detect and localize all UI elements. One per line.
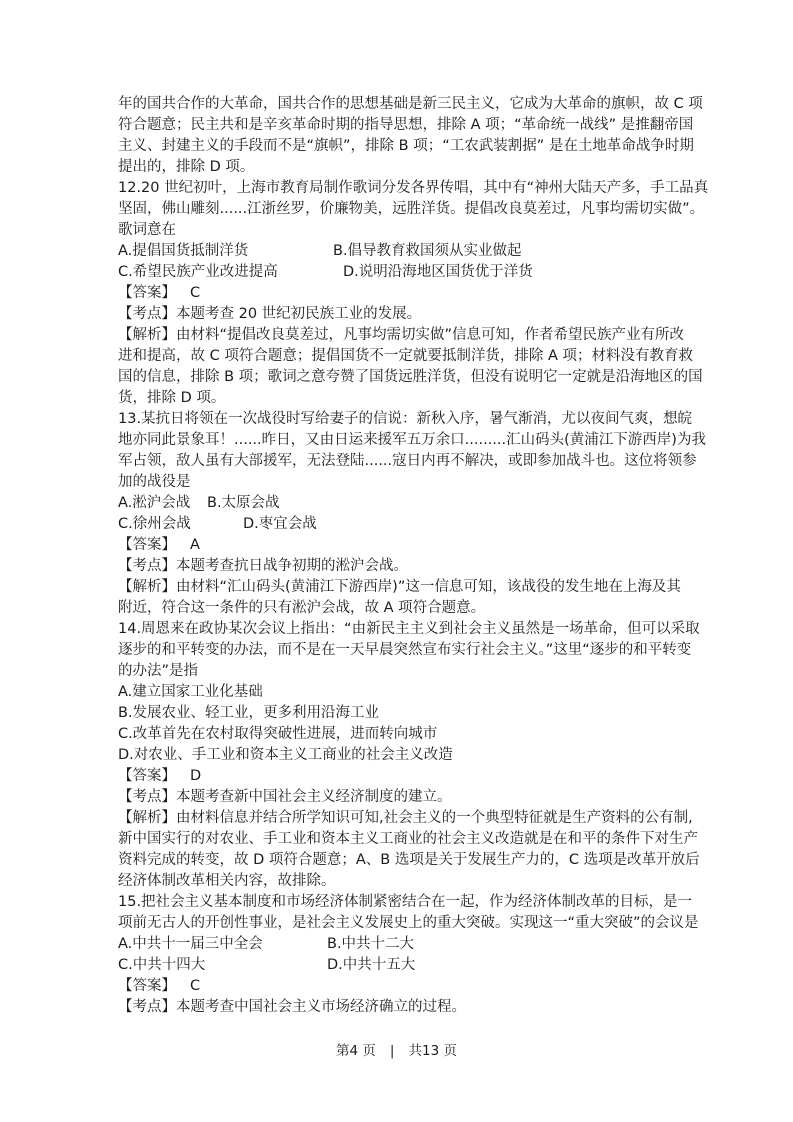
answer-value: A xyxy=(190,535,200,556)
answer-line: 【答案】D xyxy=(118,766,698,787)
text-line: 12.20 世纪初叶，上海市教育局制作歌词分发各界传唱，其中有“神州大陆天产多，… xyxy=(118,178,698,199)
answer-value: D xyxy=(190,766,201,787)
text-line: C.改革首先在农村取得突破性进展，进而转向城市 xyxy=(118,724,698,745)
text-line: 进和提高，故 C 项符合题意；提倡国货不一定就要抵制洋货，排除 A 项；材料没有… xyxy=(118,346,698,367)
answer-label: 【答案】 xyxy=(118,285,176,301)
text-line: 提出的，排除 D 项。 xyxy=(118,157,698,178)
options-row: A.淞沪会战B.太原会战 xyxy=(118,493,698,514)
answer-value: C xyxy=(190,976,200,997)
text-line: 项前无古人的开创性事业，是社会主义发展史上的重大突破。实现这一“重大突破”的会议… xyxy=(118,913,698,934)
text-line: 年的国共合作的大革命，国共合作的思想基础是新三民主义，它成为大革命的旗帜，故 C… xyxy=(118,94,698,115)
option-a: C.徐州会战 xyxy=(118,516,191,532)
text-line: 经济体制改革相关内容，故排除。 xyxy=(118,871,698,892)
text-line: 国的信息，排除 B 项；歌词之意夸赞了国货远胜洋货，但没有说明它一定就是沿海地区… xyxy=(118,367,698,388)
text-line: 主义、封建主义的手段而不是“旗帜”，排除 B 项；“工农武装割据” 是在土地革命… xyxy=(118,136,698,157)
text-line: 符合题意；民主共和是辛亥革命时期的指导思想，排除 A 项；“革命统一战线” 是推… xyxy=(118,115,698,136)
text-line: 【解析】由材料信息并结合所学知识可知,社会主义的一个典型特征就是生产资料的公有制… xyxy=(118,808,698,829)
text-line: 13.某抗日将领在一次战役时写给妻子的信说：新秋入序，暑气渐消，尤以夜间气爽，想… xyxy=(118,409,698,430)
options-row: A.中共十一届三中全会B.中共十二大 xyxy=(118,934,698,955)
answer-line: 【答案】C xyxy=(118,976,698,997)
text-line: 的办法”是指 xyxy=(118,661,698,682)
text-line: 【解析】由材料“提倡改良莫差过，凡事均需切实做”信息可知，作者希望民族产业有所改 xyxy=(118,325,698,346)
options-row: C.徐州会战D.枣宜会战 xyxy=(118,514,698,535)
text-line: 【考点】本题考查中国社会主义市场经济确立的过程。 xyxy=(118,997,698,1018)
text-line: 【解析】由材料“汇山码头(黄浦江下游西岸)”这一信息可知，该战役的发生地在上海及… xyxy=(118,577,698,598)
text-line: 【考点】本题考查抗日战争初期的淞沪会战。 xyxy=(118,556,698,577)
option-a: A.提倡国货抵制洋货 xyxy=(118,243,248,259)
option-b: D.枣宜会战 xyxy=(243,514,317,535)
text-line: D.对农业、手工业和资本主义工商业的社会主义改造 xyxy=(118,745,698,766)
text-line: 军占领，敌人虽有大部援军，无法登陆......寇日内再不解决，或即参加战斗也。这… xyxy=(118,451,698,472)
text-line: 【考点】本题考查新中国社会主义经济制度的建立。 xyxy=(118,787,698,808)
text-line: 坚固，佛山雕刻......江浙丝罗，价廉物美，远胜洋货。提倡改良莫差过，凡事均需… xyxy=(118,199,698,220)
option-b: B.倡导教育救国须从实业做起 xyxy=(333,241,522,262)
text-line: A.建立国家工业化基础 xyxy=(118,682,698,703)
text-line: 15.把社会主义基本制度和市场经济体制紧密结合在一起，作为经济体制改革的目标，是… xyxy=(118,892,698,913)
answer-label: 【答案】 xyxy=(118,978,176,994)
footer-separator: | xyxy=(390,1043,395,1059)
exam-document-body: 年的国共合作的大革命，国共合作的思想基础是新三民主义，它成为大革命的旗帜，故 C… xyxy=(118,94,698,1018)
options-row: C.中共十四大D.中共十五大 xyxy=(118,955,698,976)
answer-value: C xyxy=(190,283,200,304)
option-b: D.中共十五大 xyxy=(327,955,415,976)
answer-line: 【答案】A xyxy=(118,535,698,556)
answer-label: 【答案】 xyxy=(118,768,176,784)
text-line: 货，排除 D 项。 xyxy=(118,388,698,409)
text-line: 附近，符合这一条件的只有淞沪会战，故 A 项符合题意。 xyxy=(118,598,698,619)
text-line: 地亦同此景象耳！......昨日，又由日运来援军五万余口.........汇山码… xyxy=(118,430,698,451)
text-line: 歌词意在 xyxy=(118,220,698,241)
options-row: A.提倡国货抵制洋货B.倡导教育救国须从实业做起 xyxy=(118,241,698,262)
option-b: D.说明沿海地区国货优于洋货 xyxy=(343,262,533,283)
option-a: C.中共十四大 xyxy=(118,957,205,973)
text-line: B.发展农业、轻工业，更多利用沿海工业 xyxy=(118,703,698,724)
option-b: B.太原会战 xyxy=(207,493,280,514)
answer-line: 【答案】C xyxy=(118,283,698,304)
option-b: B.中共十二大 xyxy=(327,934,414,955)
options-row: C.希望民族产业改进提高D.说明沿海地区国货优于洋货 xyxy=(118,262,698,283)
answer-label: 【答案】 xyxy=(118,537,176,553)
footer-page-number: 第4 页 xyxy=(336,1043,376,1059)
footer-total-pages: 共13 页 xyxy=(408,1043,456,1059)
option-a: A.淞沪会战 xyxy=(118,495,190,511)
text-line: 【考点】本题考查 20 世纪初民族工业的发展。 xyxy=(118,304,698,325)
option-a: A.中共十一届三中全会 xyxy=(118,936,263,952)
text-line: 逐步的和平转变的办法，而不是在一天早晨突然宣布实行社会主义。”这里“逐步的和平转… xyxy=(118,640,698,661)
option-a: C.希望民族产业改进提高 xyxy=(118,264,278,280)
page-footer: 第4 页|共13 页 xyxy=(0,1039,793,1059)
text-line: 14.周恩来在政协某次会议上指出：“由新民主主义到社会主义虽然是一场革命，但可以… xyxy=(118,619,698,640)
text-line: 资料完成的转变，故 D 项符合题意；A、B 选项是关于发展生产力的，C 选项是改… xyxy=(118,850,698,871)
text-line: 加的战役是 xyxy=(118,472,698,493)
text-line: 新中国实行的对农业、手工业和资本主义工商业的社会主义改造就是在和平的条件下对生产 xyxy=(118,829,698,850)
